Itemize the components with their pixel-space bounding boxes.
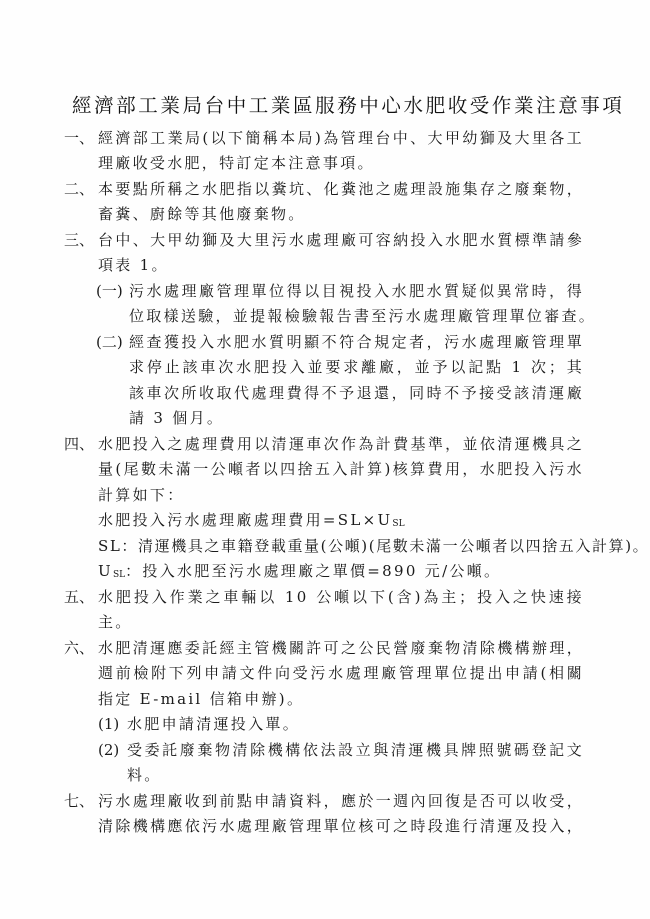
item-6-line-1: 水肥清運應委託經主管機關許可之公民營廢棄物清除機構辦理，並於作業兩 <box>98 638 584 658</box>
item-4-line-2: 量(尾數未滿一公噸者以四捨五入計算)核算費用，水肥投入污水處理廠費用 <box>98 459 584 479</box>
item-6-sub-2-marker: (2) <box>98 740 119 760</box>
item-6-line-2: 週前檢附下列申請文件向受污水處理廠管理單位提出申請(相關資料請寄往 <box>98 663 584 683</box>
item-6-sub-2-line-1: 受委託廢棄物清除機構依法設立與清運機具牌照號碼登記文件等佐證資 <box>127 740 584 760</box>
item-4-marker: 四、 <box>64 434 94 454</box>
item-3-sub-1-marker: (一) <box>96 281 123 301</box>
item-3-sub-1-line-1: 污水處理廠管理單位得以目視投入水肥水質疑似異常時，得要求投入單 <box>129 281 584 301</box>
item-1-line-1: 經濟部工業局(以下簡稱本局)為管理台中、大甲幼獅及大里各工業區污水處 <box>98 128 584 148</box>
item-7-marker: 七、 <box>64 791 94 811</box>
formula-line-3: USL：投入水肥至污水處理廠之單價=890 元/公噸。 <box>98 561 501 585</box>
document-title: 經濟部工業局台中工業區服務中心水肥收受作業注意事項 <box>72 90 592 118</box>
item-2-marker: 二、 <box>64 179 94 199</box>
item-1-line-2: 理廠收受水肥，特訂定本注意事項。 <box>98 153 375 173</box>
item-7-line-1: 污水處理廠收到前點申請資料，應於一週內回復是否可以收受，委託廢棄物 <box>98 791 584 811</box>
item-6-sub-2-line-2: 料。 <box>127 765 162 785</box>
item-5-line-1: 水肥投入作業之車輛以 10 公噸以下(含)為主；投入之快速接頭形式以 3 吋為 <box>98 587 584 607</box>
item-6-sub-1-line-1: 水肥申請清運投入單。 <box>127 714 300 734</box>
formula-line-2: SL：清運機具之車籍登載重量(公噸)(尾數未滿一公噸者以四捨五入計算)。 <box>98 536 649 556</box>
item-2-line-2: 畜糞、廚餘等其他廢棄物。 <box>98 204 306 224</box>
item-5-line-2: 主。 <box>98 612 133 632</box>
item-4-line-3: 計算如下： <box>98 485 185 505</box>
item-5-marker: 五、 <box>64 587 94 607</box>
item-3-sub-1-line-2: 位取樣送驗，並提報檢驗報告書至污水處理廠管理單位審查。 <box>129 306 596 326</box>
item-3-sub-2-line-4: 請 3 個月。 <box>129 408 224 428</box>
item-3-marker: 三、 <box>64 230 94 250</box>
item-3-sub-2-line-1: 經查獲投入水肥水質明顯不符合規定者，污水處理廠管理單位得立即要 <box>129 332 584 352</box>
formula-line-1: 水肥投入污水處理廠處理費用=SL×USL <box>98 510 405 534</box>
item-6-sub-1-marker: (1) <box>98 714 119 734</box>
item-4-line-1: 水肥投入之處理費用以清運車次作為計費基準，並依清運機具之車籍登載重 <box>98 434 584 454</box>
document-page: 經濟部工業局台中工業區服務中心水肥收受作業注意事項 一、 經濟部工業局(以下簡稱… <box>0 0 650 919</box>
item-3-line-2: 項表 1。 <box>98 255 169 275</box>
item-3-line-1: 台中、大甲幼獅及大里污水處理廠可容納投入水肥水質標準請參閱本注意事 <box>98 230 584 250</box>
item-3-sub-2-marker: (二) <box>96 332 123 352</box>
item-1-marker: 一、 <box>64 128 94 148</box>
item-7-line-2: 清除機構應依污水處理廠管理單位核可之時段進行清運及投入，其他時段除 <box>98 816 584 836</box>
item-6-marker: 六、 <box>64 638 94 658</box>
item-6-line-3: 指定 E-mail 信箱申辦)。 <box>98 689 304 709</box>
item-2-line-1: 本要點所稱之水肥指以糞坑、化糞池之處理設施集存之廢棄物，但不包含禽 <box>98 179 584 199</box>
item-3-sub-2-line-2: 求停止該車次水肥投入並要求離廠，並予以記點 1 次；其情形嚴重者， <box>129 357 584 377</box>
item-3-sub-2-line-3: 該車次所收取代處理費得不予退還，同時不予接受該清運廠商之投肥申 <box>129 383 584 403</box>
